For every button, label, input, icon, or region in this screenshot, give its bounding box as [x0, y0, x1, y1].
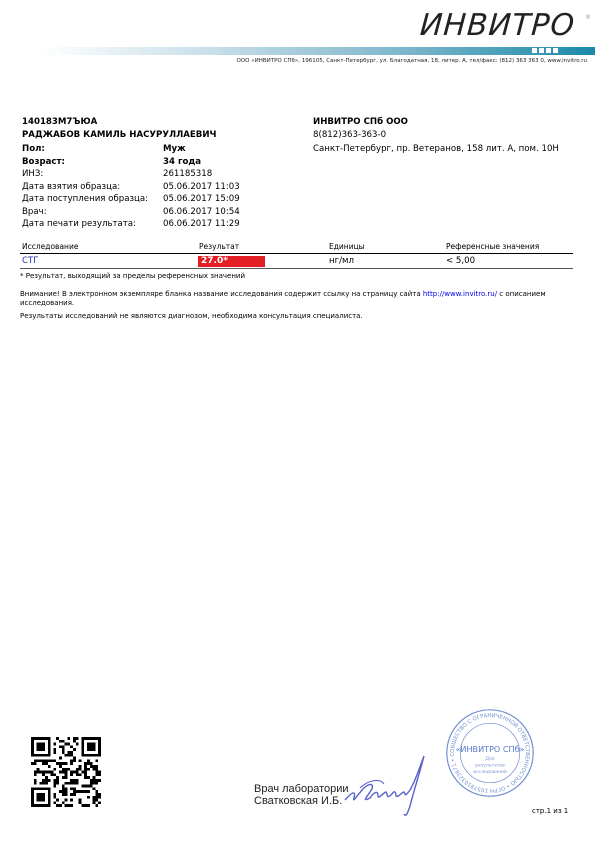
field-label: Дата поступления образца:	[22, 194, 148, 204]
field-label: Врач:	[22, 207, 47, 217]
test-name-link[interactable]: СТГ	[22, 256, 39, 266]
patient-code: 140183М7ЪЮА	[22, 117, 97, 127]
signature-icon	[340, 752, 430, 822]
warning-note-line2: исследования.	[20, 299, 74, 307]
signer-title: Врач лаборатории	[254, 783, 349, 795]
company-address: ООО «ИНВИТРО СПб», 196105, Санкт-Петербу…	[237, 58, 588, 64]
footnote: * Результат, выходящий за пределы рефере…	[20, 272, 245, 280]
registered-mark: ®	[585, 14, 591, 21]
result-reference: < 5,00	[446, 256, 475, 266]
table-bottom-divider	[20, 268, 573, 269]
col-header-result: Результат	[199, 242, 239, 251]
header-band	[40, 47, 595, 55]
warning-suffix: с описанием	[497, 290, 546, 298]
col-header-units: Единицы	[329, 242, 365, 251]
field-value: Муж	[163, 144, 186, 154]
field-value: 06.06.2017 10:54	[163, 207, 240, 217]
svg-text:результатов: результатов	[475, 764, 505, 769]
field-label: Пол:	[22, 144, 45, 154]
warning-text: Внимание! В электронном экземпляре бланк…	[20, 290, 423, 298]
field-label: Дата взятия образца:	[22, 182, 120, 192]
result-value: 27.0*	[201, 256, 228, 266]
invitro-link[interactable]: http://www.invitro.ru/	[423, 290, 497, 298]
field-label: Возраст:	[22, 157, 65, 167]
svg-text:исследований: исследований	[473, 768, 507, 775]
svg-text:«ИНВИТРО СПб»: «ИНВИТРО СПб»	[455, 744, 524, 754]
result-units: нг/мл	[329, 256, 354, 266]
logo-dots	[532, 47, 558, 53]
field-value: 261185318	[163, 169, 212, 179]
disclaimer: Результаты исследований не являются диаг…	[20, 312, 363, 320]
invitro-logo: ИНВИТРО	[419, 8, 577, 43]
col-header-reference: Референсные значения	[446, 242, 539, 251]
stamp-icon: ОБЩЕСТВО С ОГРАНИЧЕННОЙ ОТВЕТСТВЕННОСТЬЮ…	[445, 708, 535, 798]
signer-name: Сватковская И.Б.	[254, 795, 342, 807]
warning-note: Внимание! В электронном экземпляре бланк…	[20, 290, 546, 298]
field-value: 05.06.2017 11:03	[163, 182, 240, 192]
lab-name: ИНВИТРО СПб ООО	[313, 117, 408, 127]
col-header-test: Исследование	[22, 242, 78, 251]
lab-address: Санкт-Петербург, пр. Ветеранов, 158 лит.…	[313, 144, 559, 154]
lab-phone: 8(812)363-363-0	[313, 130, 386, 140]
qr-code	[28, 737, 104, 807]
svg-text:Для: Для	[484, 756, 494, 762]
page-number: стр.1 из 1	[532, 807, 568, 815]
field-value: 05.06.2017 15:09	[163, 194, 240, 204]
field-value: 34 года	[163, 157, 201, 167]
field-label: ИНЗ:	[22, 169, 43, 179]
table-header-divider	[20, 253, 573, 254]
field-label: Дата печати результата:	[22, 219, 136, 229]
patient-name: РАДЖАБОВ КАМИЛЬ НАСУРУЛЛАЕВИЧ	[22, 130, 216, 140]
field-value: 06.06.2017 11:29	[163, 219, 240, 229]
